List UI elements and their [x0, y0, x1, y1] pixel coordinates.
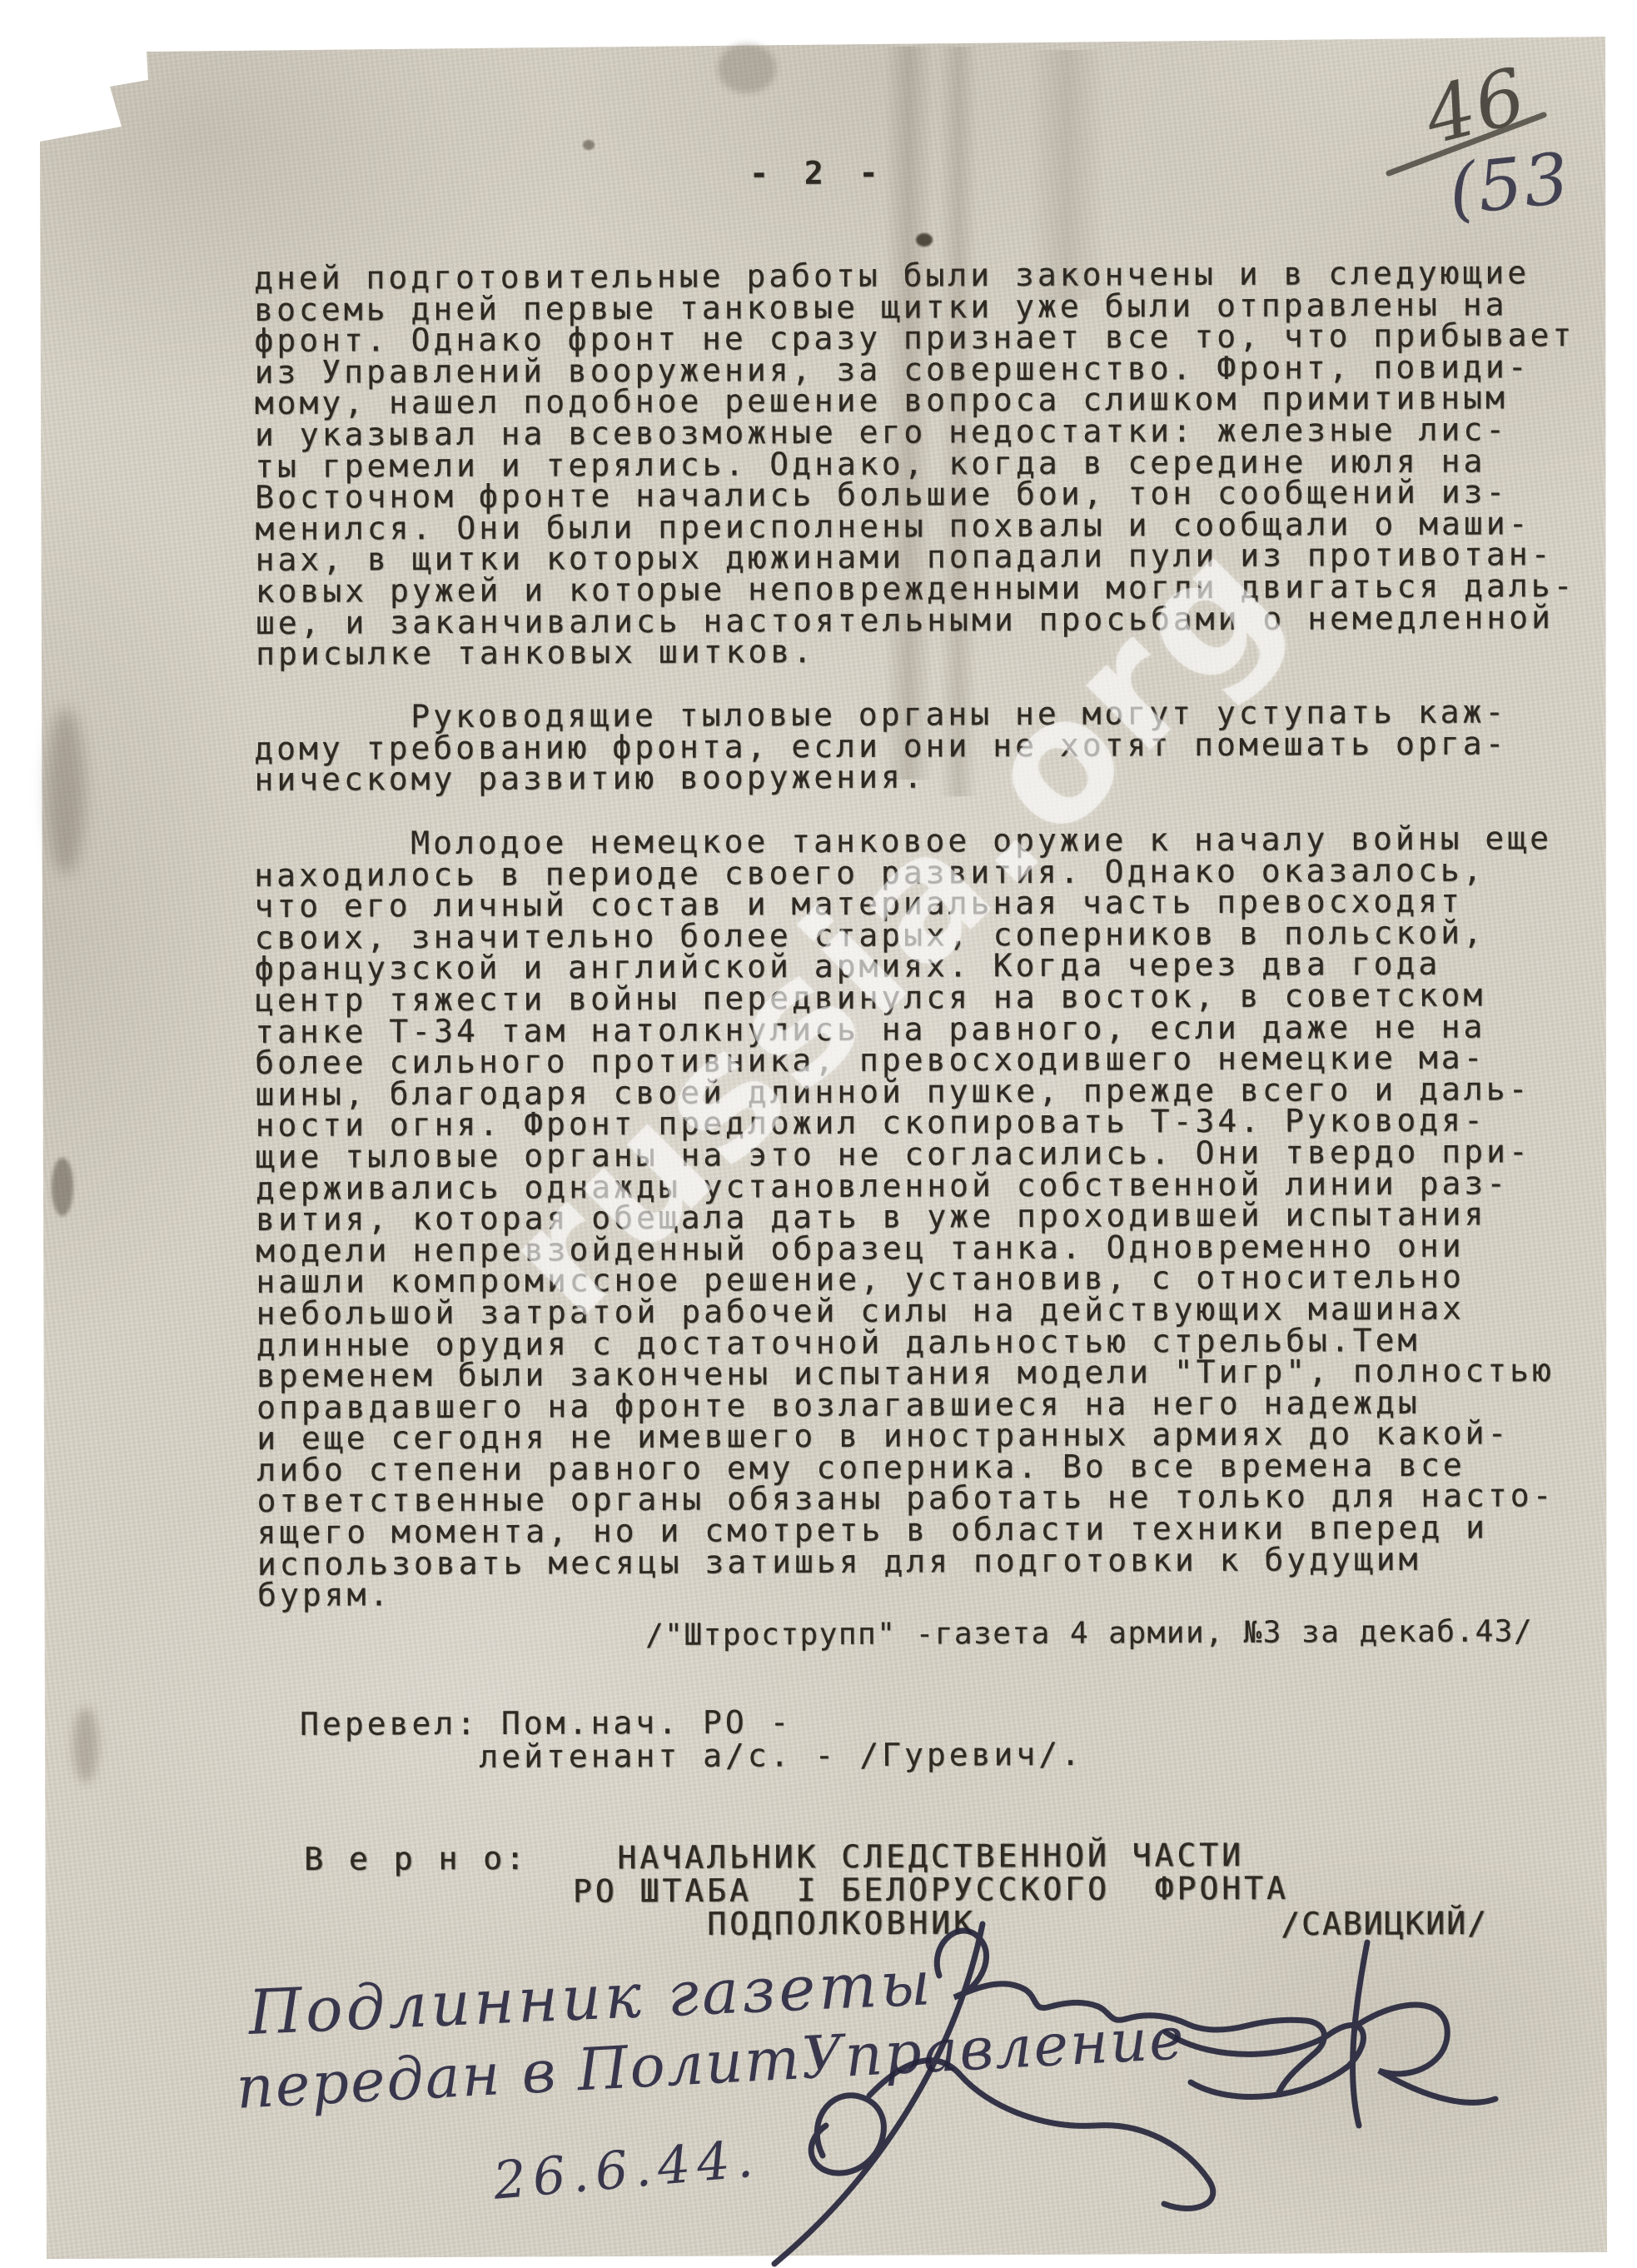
typed-paragraph-3: Молодое немецкое танковое оружие к начал… — [254, 823, 1555, 1612]
typed-paragraph-1: дней подготовительные работы были законч… — [254, 257, 1576, 670]
translator-block: Перевел: Пом.нач. РО - лейтенант а/с. - … — [300, 1704, 1083, 1774]
source-citation: /"Штрострупп" -газета 4 армии, №3 за дек… — [645, 1615, 1533, 1652]
page-number: - 2 - — [749, 157, 887, 189]
document-scan: - 2 - дней подготовительные работы были … — [0, 0, 1637, 2268]
certification-block: В е р н о: НАЧАЛЬНИК СЛЕДСТВЕННОЙ ЧАСТИ … — [304, 1838, 1289, 1942]
corner-mark-53: (53 — [1445, 137, 1574, 232]
typed-paragraph-2: Руководящие тыловые органы не могут усту… — [254, 696, 1508, 795]
certifier-name: /САВИЦКИЙ/ — [1281, 1908, 1488, 1941]
